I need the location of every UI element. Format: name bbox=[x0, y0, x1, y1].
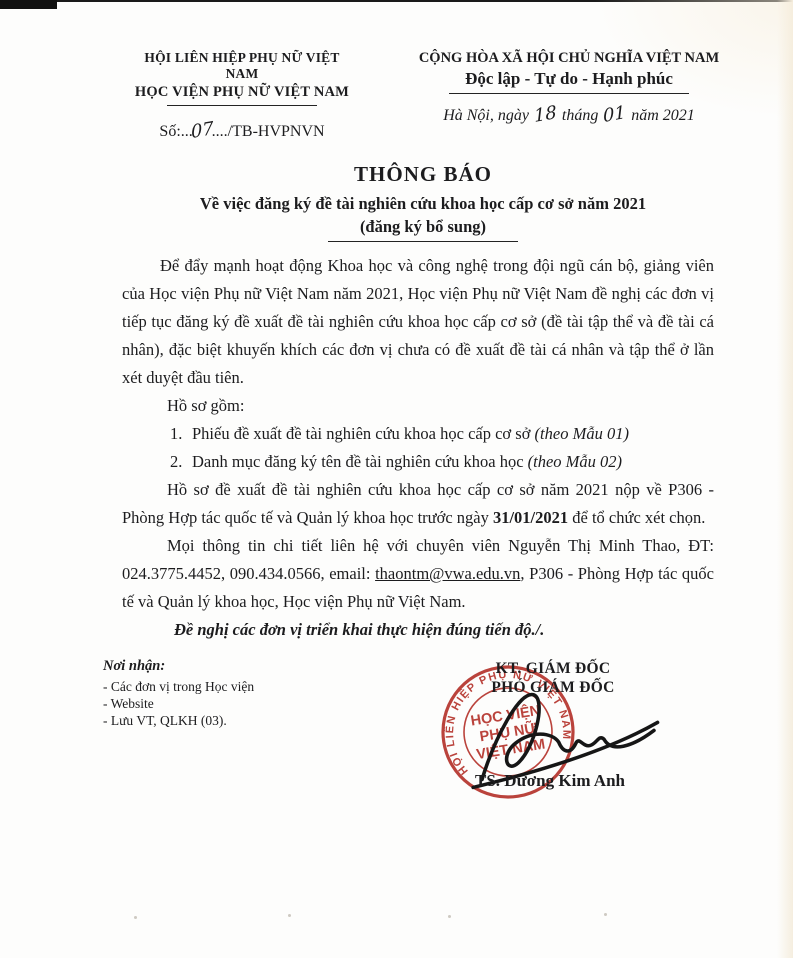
document-subject-note: (đăng ký bổ sung) bbox=[73, 217, 773, 237]
republic-title: CỘNG HÒA XÃ HỘI CHỦ NGHĨA VIỆT NAM bbox=[408, 50, 730, 67]
date-day-handwritten: 18 bbox=[534, 104, 558, 126]
paragraph-intro: Để đẩy mạnh hoạt động Khoa học và công n… bbox=[122, 252, 714, 392]
date-mid: tháng bbox=[562, 107, 598, 124]
place-date-line: Hà Nội, ngày 18 tháng 01 năm 2021 bbox=[408, 106, 730, 125]
signer-authority: KT. GIÁM ĐỐC bbox=[443, 659, 663, 678]
org-underline bbox=[167, 105, 317, 106]
signer-name: TS. Dương Kim Anh bbox=[440, 771, 660, 791]
scan-artifact-top-block bbox=[0, 0, 57, 9]
doc-number-handwritten: 07 bbox=[190, 120, 214, 142]
scanned-official-document: HỘI LIÊN HIỆP PHỤ NỮ VIỆT NAM HỌC VIỆN P… bbox=[0, 0, 793, 958]
motto-underline bbox=[449, 93, 689, 94]
scan-artifact-top-line bbox=[0, 0, 793, 2]
date-prefix: Hà Nội, ngày bbox=[443, 107, 529, 124]
list-number: 1. bbox=[170, 420, 192, 448]
list-text: Phiếu đề xuất đề tài nghiên cứu khoa học… bbox=[192, 424, 535, 443]
document-title-block: THÔNG BÁO Về việc đăng ký đề tài nghiên … bbox=[73, 162, 773, 242]
motto: Độc lập - Tự do - Hạnh phúc bbox=[408, 69, 730, 89]
doc-number-suffix: ..../TB-HVPNVN bbox=[212, 123, 325, 140]
document-subject: Về việc đăng ký đề tài nghiên cứu khoa h… bbox=[73, 194, 773, 214]
date-month-handwritten: 01 bbox=[603, 104, 627, 126]
list-note: (theo Mẫu 01) bbox=[535, 424, 629, 443]
list-note: (theo Mẫu 02) bbox=[528, 452, 622, 471]
title-underline bbox=[328, 241, 518, 242]
recipient-item: - Website bbox=[103, 695, 254, 712]
scan-edge-shading bbox=[777, 0, 793, 958]
signature-title-block: KT. GIÁM ĐỐC PHÓ GIÁM ĐỐC bbox=[443, 659, 663, 697]
list-item: 2.Danh mục đăng ký tên đề tài nghiên cứu… bbox=[122, 448, 714, 476]
list-item: 1.Phiếu đề xuất đề tài nghiên cứu khoa h… bbox=[122, 420, 714, 448]
date-suffix: năm 2021 bbox=[631, 107, 695, 124]
paragraph-closing: Đề nghị các đơn vị triển khai thực hiện … bbox=[122, 616, 714, 644]
recipients-block: Nơi nhận: - Các đơn vị trong Học viện - … bbox=[103, 658, 254, 729]
scan-speck bbox=[134, 916, 137, 919]
document-number: Số:...07..../TB-HVPNVN bbox=[128, 122, 356, 141]
contact-email: thaontm@vwa.edu.vn bbox=[375, 564, 520, 583]
national-motto-block: CỘNG HÒA XÃ HỘI CHỦ NGHĨA VIỆT NAM Độc l… bbox=[408, 50, 730, 125]
list-text: Danh mục đăng ký tên đề tài nghiên cứu k… bbox=[192, 452, 528, 471]
recipients-title: Nơi nhận: bbox=[103, 658, 254, 675]
scan-speck bbox=[448, 915, 451, 918]
scan-speck bbox=[288, 914, 291, 917]
paragraph-deadline: Hồ sơ đề xuất đề tài nghiên cứu khoa học… bbox=[122, 476, 714, 532]
recipient-item: - Lưu VT, QLKH (03). bbox=[103, 712, 254, 729]
recipient-item: - Các đơn vị trong Học viện bbox=[103, 678, 254, 695]
deadline-text-post: để tổ chức xét chọn. bbox=[568, 508, 705, 527]
doc-number-prefix: Số:... bbox=[159, 123, 192, 140]
deadline-date: 31/01/2021 bbox=[493, 508, 568, 527]
document-title: THÔNG BÁO bbox=[73, 162, 773, 187]
signer-position: PHÓ GIÁM ĐỐC bbox=[443, 678, 663, 697]
paragraph-contact: Mọi thông tin chi tiết liên hệ với chuyê… bbox=[122, 532, 714, 616]
paragraph-dossier-label: Hồ sơ gồm: bbox=[122, 392, 714, 420]
list-number: 2. bbox=[170, 448, 192, 476]
org-name: HỌC VIỆN PHỤ NỮ VIỆT NAM bbox=[128, 84, 356, 101]
scan-speck bbox=[604, 913, 607, 916]
issuing-org-block: HỘI LIÊN HIỆP PHỤ NỮ VIỆT NAM HỌC VIỆN P… bbox=[128, 50, 356, 141]
document-body: Để đẩy mạnh hoạt động Khoa học và công n… bbox=[122, 252, 714, 644]
parent-org-name: HỘI LIÊN HIỆP PHỤ NỮ VIỆT NAM bbox=[128, 50, 356, 82]
